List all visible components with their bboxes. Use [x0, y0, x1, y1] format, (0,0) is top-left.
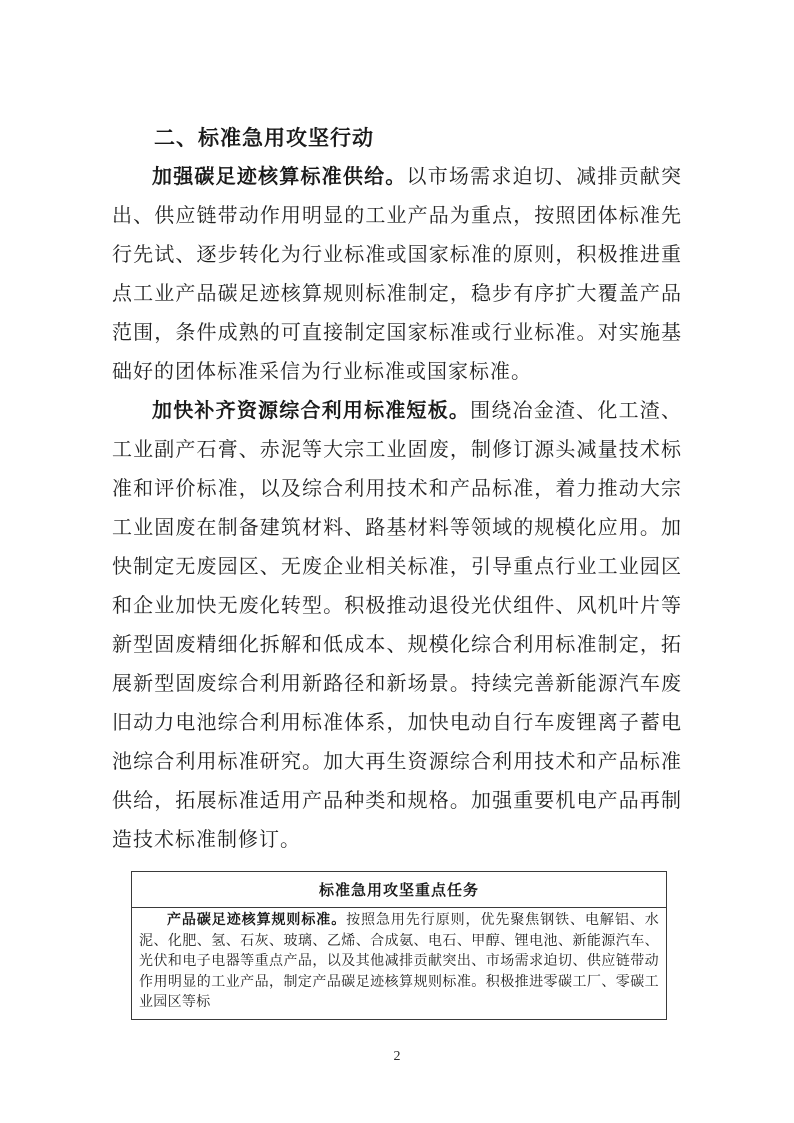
- paragraph-resource-utilization-lead: 加快补齐资源综合利用标准短板。: [152, 400, 470, 422]
- paragraph-carbon-footprint-lead: 加强碳足迹核算标准供给。: [152, 166, 407, 188]
- document-body: 二、标准急用攻坚行动 加强碳足迹核算标准供给。以市场需求迫切、减排贡献突出、供应…: [112, 119, 682, 871]
- key-tasks-table: 标准急用攻坚重点任务 产品碳足迹核算规则标准。按照急用先行原则，优先聚焦钢铁、电…: [131, 871, 667, 1020]
- key-tasks-table-title: 标准急用攻坚重点任务: [132, 872, 667, 908]
- key-tasks-table-entry: 产品碳足迹核算规则标准。按照急用先行原则，优先聚焦钢铁、电解铝、水泥、化肥、氢、…: [132, 908, 667, 1020]
- key-tasks-table-body-row: 产品碳足迹核算规则标准。按照急用先行原则，优先聚焦钢铁、电解铝、水泥、化肥、氢、…: [132, 908, 667, 1020]
- page-number: 2: [0, 1049, 794, 1065]
- document-page: 二、标准急用攻坚行动 加强碳足迹核算标准供给。以市场需求迫切、减排贡献突出、供应…: [0, 0, 794, 1123]
- paragraph-resource-utilization-text: 围绕冶金渣、化工渣、工业副产石膏、赤泥等大宗工业固废，制修订源头减量技术标准和评…: [112, 400, 682, 851]
- section-heading: 二、标准急用攻坚行动: [112, 119, 682, 158]
- paragraph-resource-utilization: 加快补齐资源综合利用标准短板。围绕冶金渣、化工渣、工业副产石膏、赤泥等大宗工业固…: [112, 392, 682, 860]
- paragraph-carbon-footprint-text: 以市场需求迫切、减排贡献突出、供应链带动作用明显的工业产品为重点，按照团体标准先…: [112, 166, 682, 383]
- paragraph-carbon-footprint: 加强碳足迹核算标准供给。以市场需求迫切、减排贡献突出、供应链带动作用明显的工业产…: [112, 158, 682, 392]
- key-tasks-entry-lead: 产品碳足迹核算规则标准。: [167, 913, 346, 928]
- key-tasks-table-header-row: 标准急用攻坚重点任务: [132, 872, 667, 908]
